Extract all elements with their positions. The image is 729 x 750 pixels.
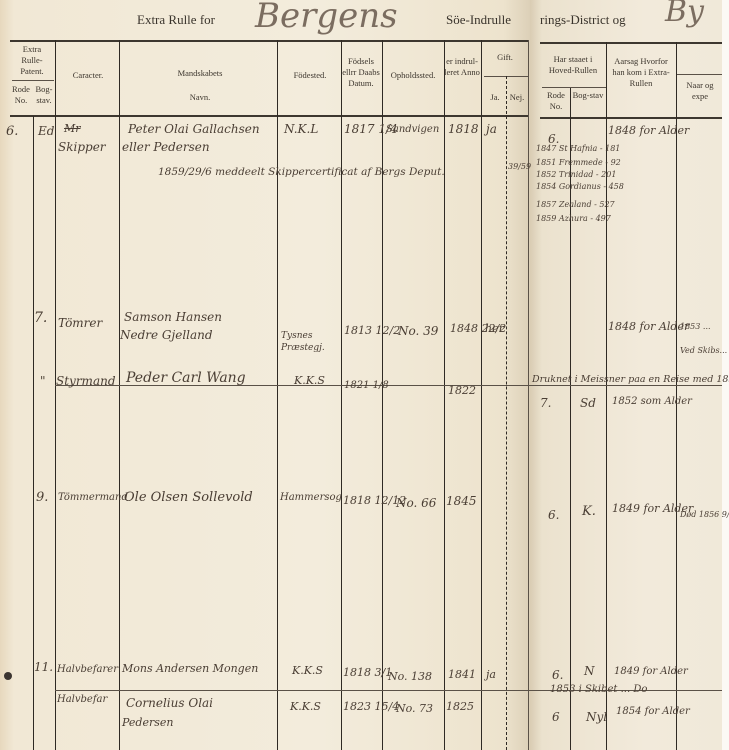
entry2-caracter: Tömrer xyxy=(58,316,102,330)
entry1-navn2: eller Pedersen xyxy=(122,140,210,154)
header-hoved-divider xyxy=(542,87,606,88)
entry4-rode: 9. xyxy=(36,490,48,505)
entry3-fodested: K.K.S xyxy=(294,374,325,387)
entry5-indrulleret: 1841 xyxy=(448,668,476,681)
header-bottom-rule-left xyxy=(10,115,528,117)
entry3-hoved-rode: 7. xyxy=(540,396,551,410)
title-right: By xyxy=(665,0,704,29)
entry5-fodsels-datum: 1818 3/1 xyxy=(343,666,392,679)
col-rule-8 xyxy=(481,40,482,750)
entry1-caracter-struck: Mr xyxy=(64,122,81,135)
entry5-fodested: K.K.S xyxy=(292,664,323,677)
header-navn: Navn. xyxy=(125,92,275,103)
header-mandskabets: Mandskabets xyxy=(125,68,275,79)
entry2-gift: her xyxy=(485,322,504,335)
col-rule-5 xyxy=(341,40,342,750)
title-district: Bergens xyxy=(255,0,398,36)
entry4-hoved-bogstav: K. xyxy=(582,504,596,519)
col-rule-7 xyxy=(444,40,445,750)
entry6-fodested: K.K.S xyxy=(290,700,321,713)
entry3-navn: Peder Carl Wang xyxy=(126,370,246,386)
ink-blot xyxy=(4,672,12,680)
entry2-aarsag: 1848 for Alder xyxy=(608,320,689,333)
entry5-opholdssted: No. 138 xyxy=(388,670,432,683)
title-middle: Söe-Indrulle xyxy=(446,12,511,28)
entry5-hoved-bogstav: N xyxy=(584,664,595,678)
entry2-fodsels-datum: 1813 12/2 xyxy=(344,324,400,337)
col-rule-9 xyxy=(506,76,507,750)
entry6-hoved-rode: 6 xyxy=(552,710,560,724)
header-rode-no: Rode No. xyxy=(10,84,32,106)
header-gift: Gift. xyxy=(484,52,526,63)
entry1-fodested: N.K.L xyxy=(284,122,318,136)
entry2-navn2: Nedre Gjelland xyxy=(120,328,213,342)
entry1-aarsag: 1848 for Alder xyxy=(608,124,689,137)
entry3-hoved-bogstav: Sd xyxy=(580,396,596,410)
entry2-fodested: Tysnes Præstegj. xyxy=(281,330,341,354)
entry2-navn: Samson Hansen xyxy=(124,310,222,324)
header-extra-rulle-patent: Extra Rulle-Patent. xyxy=(12,44,52,77)
col-rule-10 xyxy=(528,40,529,750)
entry6-navn: Cornelius Olai xyxy=(126,696,213,710)
entry1-history-5: 1859 Azhura - 497 xyxy=(536,214,611,223)
entry5-caracter: Halvbefarer xyxy=(57,664,118,675)
entry1-gift: ja xyxy=(486,122,497,136)
entry6-caracter: Halvbefar xyxy=(57,694,107,705)
entry4-hoved-rode: 6. xyxy=(548,508,559,522)
entry1-history-0: 1847 St Hafnia - 181 xyxy=(536,144,620,153)
entry5-rode: 11. xyxy=(34,660,53,674)
entry3-aarsag: 1852 som Alder xyxy=(612,396,692,407)
entry5-aarsag: 1849 for Alder xyxy=(614,666,688,677)
entry1-history-4: 1857 Zealand - 527 xyxy=(536,200,615,209)
entry4-caracter: Tömmermand xyxy=(58,492,128,503)
entry2-opholdssted: No. 39 xyxy=(398,324,438,338)
entry6-fodsels-datum: 1823 15/4 xyxy=(343,700,399,713)
entry1-navn: Peter Olai Gallachsen xyxy=(128,122,260,136)
header-fodsels-datum: Födsels ellrr Daabs Datum. xyxy=(342,56,380,89)
entry1-caracter: Skipper xyxy=(58,140,106,154)
entry1-indrulleret: 1818 xyxy=(448,122,479,136)
entry3-rode: " xyxy=(40,374,46,388)
entry6-opholdssted: No. 73 xyxy=(396,702,433,715)
header-right-rode-no: Rode No. xyxy=(542,90,570,112)
entry5-gift: ja xyxy=(486,668,496,681)
header-right-bogstav: Bog-stav xyxy=(572,90,604,101)
header-aarsag: Aarsag Hvorfor han kom i Extra-Rullen xyxy=(608,56,674,89)
title-suffix: rings-District og xyxy=(540,12,626,28)
entry1-opholdssted: Sandvigen xyxy=(386,124,439,135)
entry4-opholdssted: No. 66 xyxy=(396,496,436,510)
entry6-aarsag: 1854 for Alder xyxy=(616,706,690,717)
entry5-hoved-rode: 6. xyxy=(552,668,563,682)
entry6-hoved-bogstav: Nyl xyxy=(586,710,607,724)
entry3-fodsels-datum: 1821 1/8 xyxy=(344,380,389,391)
header-naar-og: Naar og expe xyxy=(678,80,722,102)
entry4-indrulleret: 1845 xyxy=(446,494,477,508)
entry3-caracter: Styrmand xyxy=(56,374,116,388)
header-caracter: Caracter. xyxy=(58,70,118,81)
header-nej: Nej. xyxy=(506,92,528,103)
entry1-gift-note: 39/59 xyxy=(508,162,531,171)
entry2-rode: 7. xyxy=(34,310,47,326)
entry6-navn2: Pedersen xyxy=(122,716,173,729)
header-patent-divider xyxy=(12,80,54,81)
entry2-history-0: 1853 ... xyxy=(680,322,711,331)
header-indrulleret: er indrul-leret Anno xyxy=(444,56,480,78)
col-rule-3 xyxy=(119,40,120,750)
header-top-rule-right xyxy=(540,42,722,44)
header-opholdssted: Opholdssted. xyxy=(383,70,443,81)
header-ja: Ja. xyxy=(484,92,506,103)
entry5-navn: Mons Andersen Mongen xyxy=(122,662,258,675)
header-har-staaet: Har staaet i Hoved-Rullen xyxy=(542,54,604,76)
col-rule-2 xyxy=(55,40,56,750)
col-rule-6 xyxy=(382,40,383,750)
header-bogstav: Bog-stav. xyxy=(33,84,55,106)
header-bottom-rule-right xyxy=(540,117,722,119)
title-prefix: Extra Rulle for xyxy=(137,12,215,28)
entry1-history-1: 1851 Fremmede - 92 xyxy=(536,158,621,167)
entry1-history-2: 1852 Trinidad - 201 xyxy=(536,170,616,179)
entry2-history-1: Ved Skibs... xyxy=(680,346,727,355)
entry3-note: Druknet i Meissner paa en Reise med 1859 xyxy=(532,374,729,385)
entry3-indrulleret: 1822 xyxy=(448,384,476,397)
entry1-history-3: 1854 Gordianus - 458 xyxy=(536,182,624,191)
entry4-history-0: Død 1856 9/11 xyxy=(680,510,729,519)
entry5-note: 1853 i Skibet ... Do xyxy=(550,684,647,695)
entry6-indrulleret: 1825 xyxy=(446,700,474,713)
entry4-navn: Ole Olsen Sollevold xyxy=(124,490,253,505)
col-rule-1 xyxy=(33,116,34,750)
col-rule-4 xyxy=(277,40,278,750)
entry4-fodested: Hammersog xyxy=(280,492,342,503)
header-naar-divider xyxy=(676,74,722,75)
header-top-rule-left xyxy=(10,40,528,42)
entry1-note: 1859/29/6 meddeelt Skippercertificat af … xyxy=(158,166,445,178)
entry1-rode: 6. xyxy=(6,124,18,139)
entry1-bogstav: Ed xyxy=(38,124,54,138)
header-fodested: Födested. xyxy=(280,70,340,81)
